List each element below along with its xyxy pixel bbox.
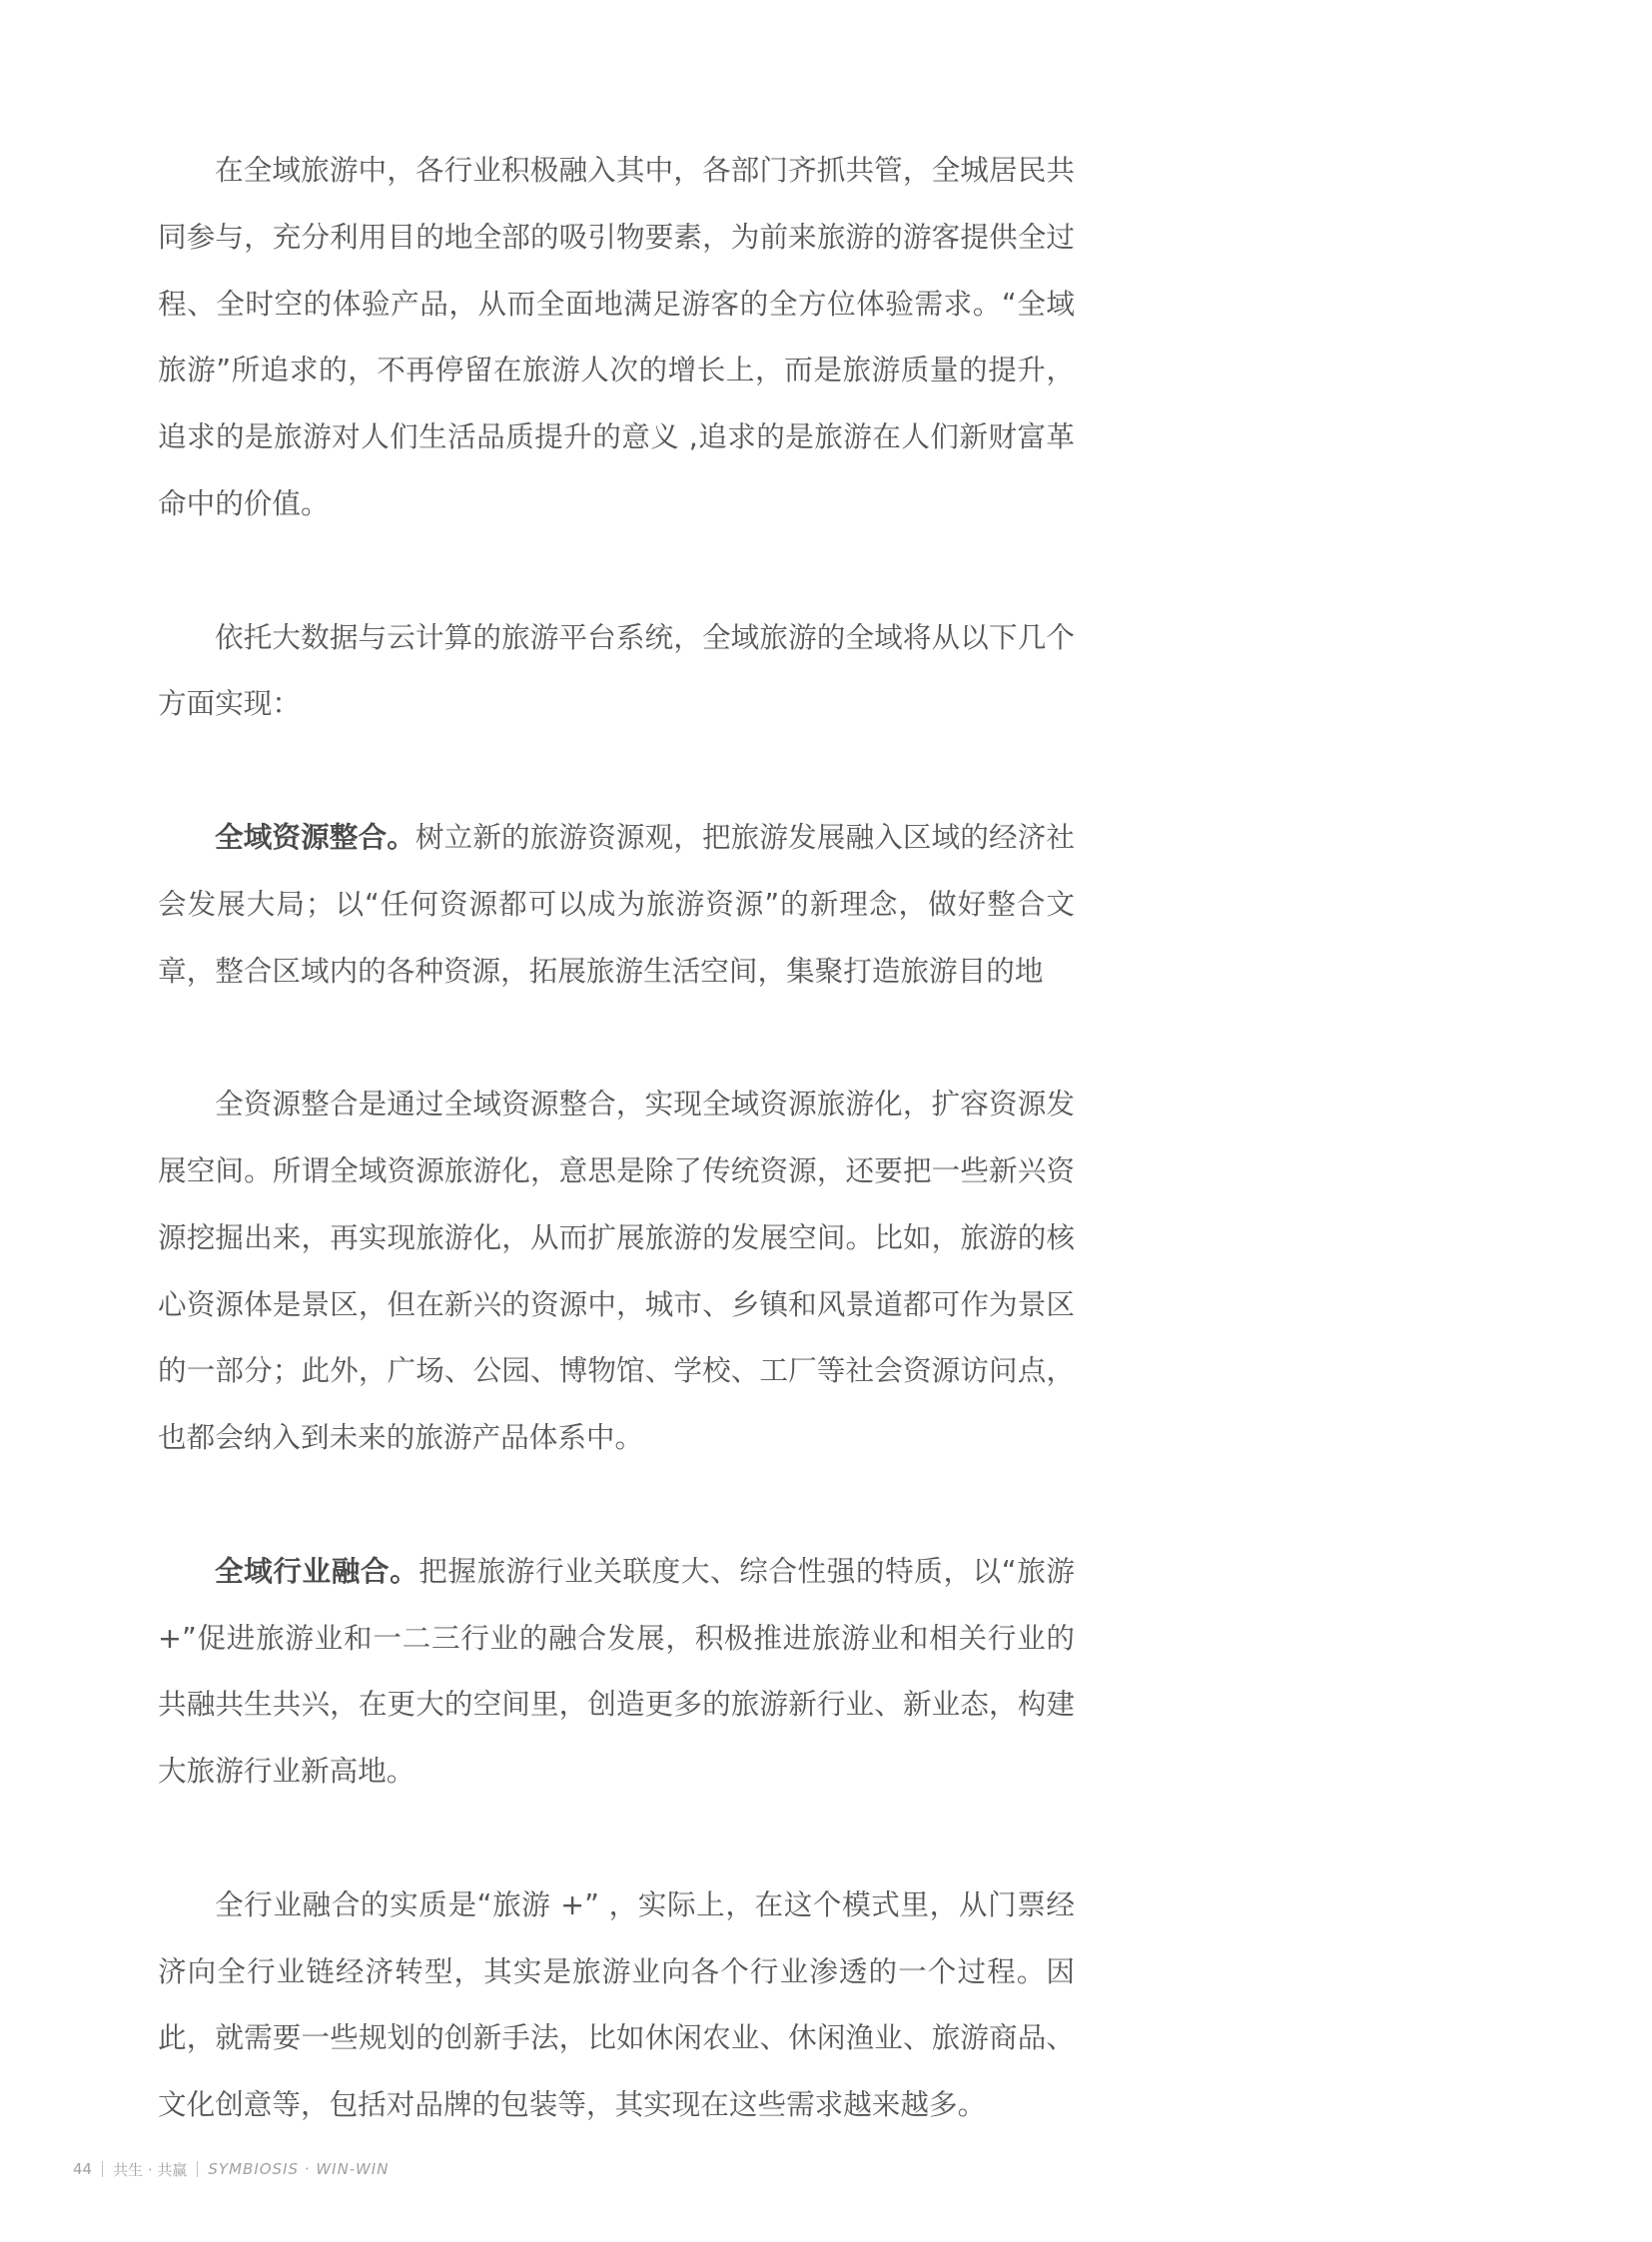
- paragraph-text: 依托大数据与云计算的旅游平台系统，全域旅游的全域将从以下几个方面实现：: [158, 620, 1075, 721]
- paragraph-industry-detail: 全行业融合的实质是“旅游 +” ，实际上，在这个模式里，从门票经济向全行业链经济…: [158, 1871, 1075, 2138]
- body-text: 在全域旅游中，各行业积极融入其中，各部门齐抓共管，全城居民共同参与，充分利用目的…: [158, 137, 1075, 2138]
- footer-title-cn: 共生 · 共赢: [113, 2159, 187, 2180]
- footer-title-en: SYMBIOSIS · WIN-WIN: [208, 2160, 389, 2178]
- paragraph-text: 全资源整合是通过全域资源整合，实现全域资源旅游化，扩容资源发展空间。所谓全域资源…: [158, 1087, 1075, 1454]
- page-footer: 44 共生 · 共赢 SYMBIOSIS · WIN-WIN: [73, 2160, 389, 2178]
- paragraph-resource-detail: 全资源整合是通过全域资源整合，实现全域资源旅游化，扩容资源发展空间。所谓全域资源…: [158, 1071, 1075, 1471]
- document-page: 在全域旅游中，各行业积极融入其中，各部门齐抓共管，全城居民共同参与，充分利用目的…: [0, 0, 1652, 2242]
- paragraph-lead-bold: 全域资源整合。: [215, 820, 415, 854]
- paragraph-text: 全行业融合的实质是“旅游 +” ，实际上，在这个模式里，从门票经济向全行业链经济…: [158, 1887, 1075, 2121]
- page-number: 44: [73, 2160, 92, 2178]
- paragraph-text: 在全域旅游中，各行业积极融入其中，各部门齐抓共管，全城居民共同参与，充分利用目的…: [158, 153, 1075, 520]
- paragraph-intro: 在全域旅游中，各行业积极融入其中，各部门齐抓共管，全城居民共同参与，充分利用目的…: [158, 137, 1075, 537]
- paragraph-industry-integration: 全域行业融合。把握旅游行业关联度大、综合性强的特质，以“旅游 +”促进旅游业和一…: [158, 1538, 1075, 1805]
- paragraph-resource-integration: 全域资源整合。树立新的旅游资源观，把旅游发展融入区域的经济社会发展大局；以“任何…: [158, 804, 1075, 1004]
- paragraph-aspects: 依托大数据与云计算的旅游平台系统，全域旅游的全域将从以下几个方面实现：: [158, 604, 1075, 738]
- paragraph-text: 把握旅游行业关联度大、综合性强的特质，以“旅游 +”促进旅游业和一二三行业的融合…: [158, 1554, 1075, 1788]
- footer-divider: [197, 2161, 198, 2177]
- paragraph-lead-bold: 全域行业融合。: [215, 1554, 418, 1588]
- footer-divider: [102, 2161, 103, 2177]
